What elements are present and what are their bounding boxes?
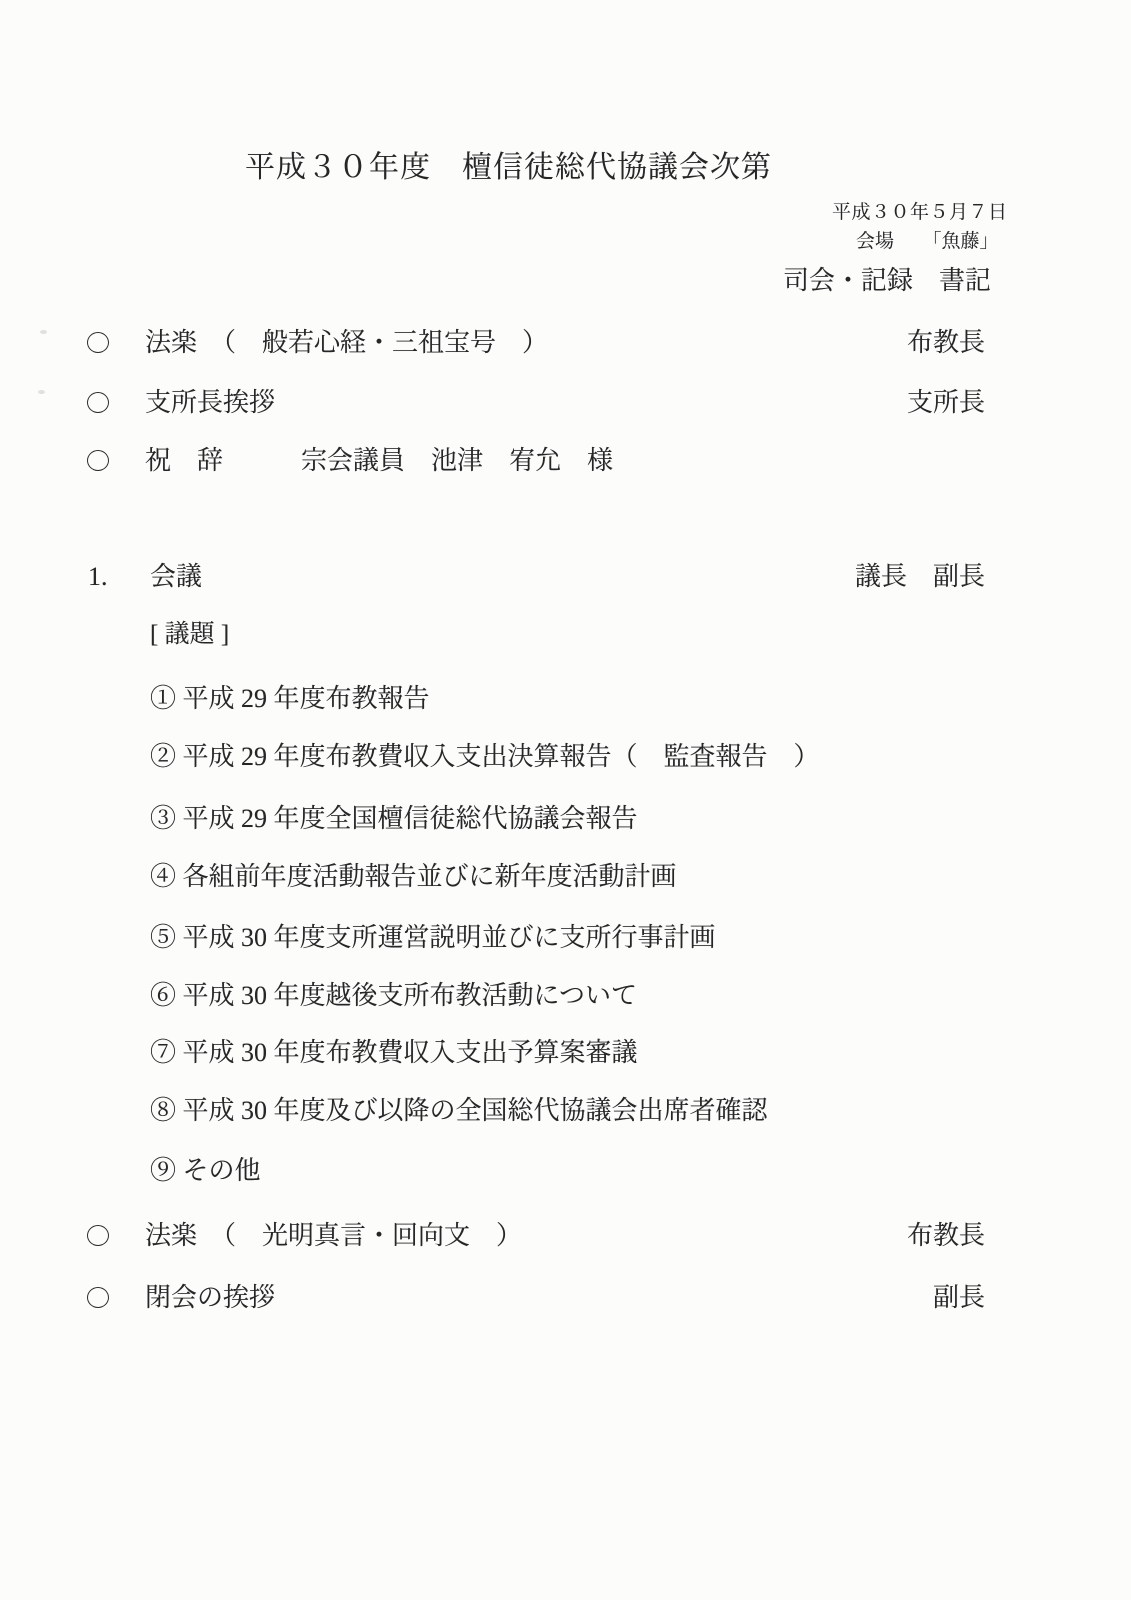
agenda-header: [ 議題 ]	[150, 620, 229, 650]
agenda-item-9: ⑨ その他	[150, 1156, 261, 1186]
circle-bullet-icon	[87, 450, 109, 471]
agenda-row: 支所長挨拶 支所長	[0, 388, 1131, 420]
circle-bullet-icon	[87, 332, 109, 353]
moderator-line: 司会・記録 書記	[783, 266, 991, 296]
agenda-item-1: ① 平成 29 年度布教報告	[150, 684, 430, 714]
assignee-label: 支所長	[907, 388, 985, 418]
agenda-item-7: ⑦ 平成 30 年度布教費収入支出予算案審議	[150, 1038, 638, 1068]
circle-bullet-icon	[87, 1225, 109, 1246]
agenda-row: 法楽 （ 般若心経・三祖宝号 ） 布教長	[0, 328, 1131, 360]
document-page: 平成３０年度 檀信徒総代協議会次第 平成３０年５月７日 会場 「魚藤」 司会・記…	[0, 0, 1131, 1600]
venue-line: 会場 「魚藤」	[856, 231, 999, 253]
assignee-label: 布教長	[907, 1221, 985, 1251]
document-date: 平成３０年５月７日	[832, 202, 1008, 224]
circle-bullet-icon	[87, 392, 109, 413]
agenda-item-2: ② 平成 29 年度布教費収入支出決算報告（ 監査報告 ）	[150, 742, 820, 772]
section-title: 会議	[150, 562, 202, 592]
agenda-row-label: 支所長挨拶	[145, 388, 275, 418]
agenda-item-6: ⑥ 平成 30 年度越後支所布教活動について	[150, 981, 637, 1011]
page-title: 平成３０年度 檀信徒総代協議会次第	[245, 150, 772, 186]
agenda-row: 祝 辞 宗会議員 池津 宥允 様	[0, 446, 1131, 478]
agenda-row-label: 法楽 （ 般若心経・三祖宝号 ）	[145, 328, 548, 358]
agenda-row: 法楽 （ 光明真言・回向文 ） 布教長	[0, 1221, 1131, 1253]
section-number: 1.	[88, 562, 108, 592]
meeting-section-row: 1. 会議 議長 副長	[0, 562, 1131, 594]
assignee-label: 議長 副長	[855, 562, 985, 592]
agenda-item-4: ④ 各組前年度活動報告並びに新年度活動計画	[150, 862, 677, 892]
agenda-row-label: 祝 辞 宗会議員 池津 宥允 様	[145, 446, 613, 476]
agenda-item-3: ③ 平成 29 年度全国檀信徒総代協議会報告	[150, 804, 638, 834]
agenda-row-label: 法楽 （ 光明真言・回向文 ）	[145, 1221, 522, 1251]
agenda-row: 閉会の挨拶 副長	[0, 1283, 1131, 1315]
agenda-item-8: ⑧ 平成 30 年度及び以降の全国総代協議会出席者確認	[150, 1096, 768, 1126]
assignee-label: 布教長	[907, 328, 985, 358]
circle-bullet-icon	[87, 1287, 109, 1308]
assignee-label: 副長	[933, 1283, 985, 1313]
agenda-row-label: 閉会の挨拶	[145, 1283, 275, 1313]
agenda-item-5: ⑤ 平成 30 年度支所運営説明並びに支所行事計画	[150, 923, 716, 953]
